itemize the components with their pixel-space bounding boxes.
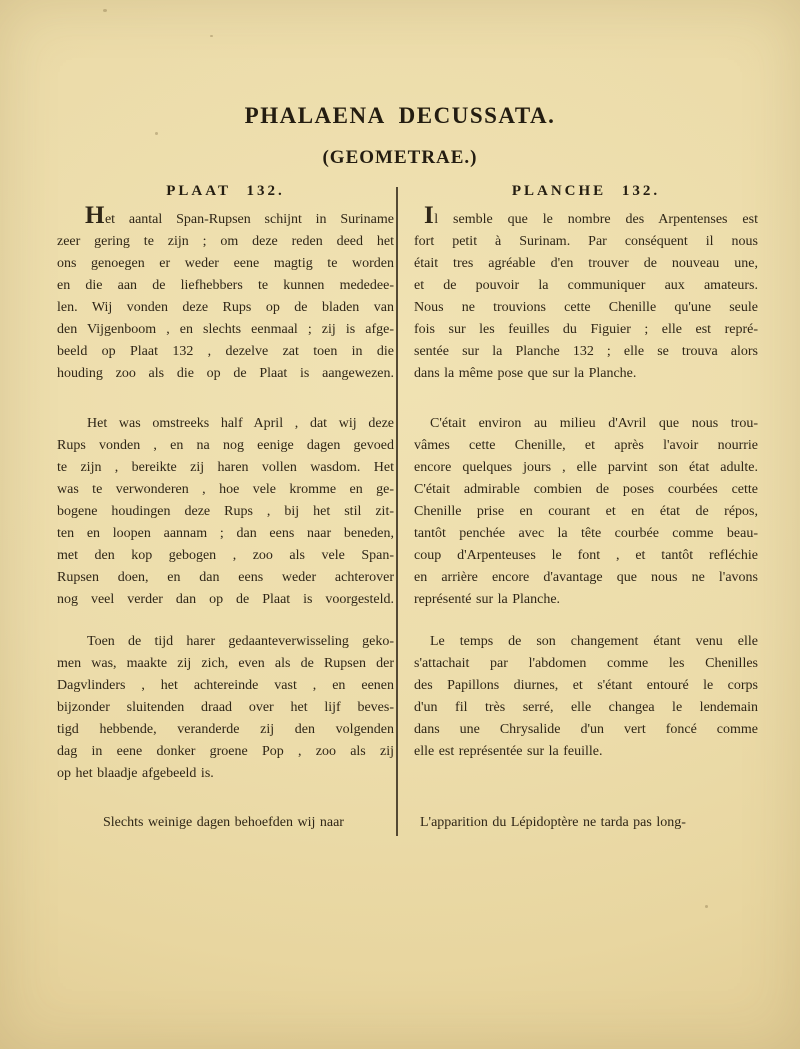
paragraph-french-3: Le temps de son changement étant venu el…	[414, 631, 758, 763]
paragraph-french-2: C'était environ au milieu d'Avril que no…	[414, 413, 758, 611]
text-line: nog veel verder dan op de Plaat is voorg…	[57, 589, 394, 611]
text-line: s'attachait par l'abdomen comme les Chen…	[414, 653, 758, 675]
text-line: coup d'Arpenteuses le font , et tantôt r…	[414, 545, 758, 567]
paragraph-dutch-1: Het aantal Span-Rupsen schijnt in Surina…	[57, 209, 394, 385]
text-line: tantôt penchée avec la tête courbée comm…	[414, 523, 758, 545]
drop-cap-letter: H	[85, 202, 105, 229]
text-line: sentée sur la Planche 132 ; elle se trou…	[414, 341, 758, 363]
text-line: bogene houdingen deze Rups , bij het sti…	[57, 501, 394, 523]
paper-speck	[103, 9, 107, 12]
text-line: men was, maakte zij zich, even als de Ru…	[57, 653, 394, 675]
text-line: et de pouvoir la communiquer aux amateur…	[414, 275, 758, 297]
text-line: Het aantal Span-Rupsen schijnt in Surina…	[57, 209, 394, 231]
text-line: op het blaadje afgebeeld is.	[57, 763, 394, 785]
text-line: len. Wij vonden deze Rups op de bladen v…	[57, 297, 394, 319]
text-line: des Papillons diurnes, et s'étant entour…	[414, 675, 758, 697]
drop-cap-letter: I	[424, 202, 434, 229]
page-title: PHALAENA DECUSSATA.	[0, 103, 800, 129]
book-page: PHALAENA DECUSSATA. (GEOMETRAE.) PLAAT 1…	[0, 0, 800, 1049]
text-line: fort petit à Surinam. Par conséquent il …	[414, 231, 758, 253]
left-column-header: PLAAT 132.	[57, 183, 394, 200]
text-line: Rups vonden , en na nog eenige dagen gev…	[57, 435, 394, 457]
paragraph-french-4: L'apparition du Lépidoptère ne tarda pas…	[414, 812, 758, 834]
text-line: met den kop gebogen , zoo als vele Span-	[57, 545, 394, 567]
text-line: ten en loopen aannam ; dan eens naar ben…	[57, 523, 394, 545]
text-line: bijzonder sluitenden draad over het lijf…	[57, 697, 394, 719]
paragraph-french-1: Il semble que le nombre des Arpentenses …	[414, 209, 758, 385]
paragraph-dutch-4: Slechts weinige dagen behoefden wij naar	[57, 812, 394, 834]
page-subtitle: (GEOMETRAE.)	[0, 147, 800, 169]
text-line: Rupsen doen, en dan eens weder achterove…	[57, 567, 394, 589]
text-line: Het was omstreeks half April , dat wij d…	[57, 413, 394, 435]
text-line: dag in eene donker groene Pop , zoo als …	[57, 741, 394, 763]
text-line: en die aan de liefhebbers te kunnen mede…	[57, 275, 394, 297]
text-line: tigd hebbende, veranderde zij den volgen…	[57, 719, 394, 741]
text-line: Dagvlinders , het achtereinde vast , en …	[57, 675, 394, 697]
paper-speck	[155, 132, 158, 135]
column-divider-rule	[396, 187, 398, 836]
text-line: Slechts weinige dagen behoefden wij naar	[57, 812, 394, 834]
text-line: en arrière encore d'avantage que nous ne…	[414, 567, 758, 589]
paper-speck	[210, 35, 213, 37]
paper-speck	[705, 905, 708, 908]
text-line: fois sur les feuilles du Figuier ; elle …	[414, 319, 758, 341]
right-column-header: PLANCHE 132.	[414, 183, 758, 200]
paragraph-dutch-2: Het was omstreeks half April , dat wij d…	[57, 413, 394, 611]
text-line: zeer gering te zijn ; om deze reden deed…	[57, 231, 394, 253]
text-line: was te verwonderen , hoe vele kromme en …	[57, 479, 394, 501]
text-line: L'apparition du Lépidoptère ne tarda pas…	[414, 812, 758, 834]
text-line: était tres agréable d'en trouver de nouv…	[414, 253, 758, 275]
text-line: den Vijgenboom , en slechts eenmaal ; zi…	[57, 319, 394, 341]
text-line: Nous ne trouvions cette Chenille qu'une …	[414, 297, 758, 319]
text-line: vâmes cette Chenille, et après l'avoir n…	[414, 435, 758, 457]
text-line: Il semble que le nombre des Arpentenses …	[414, 209, 758, 231]
text-line: houding zoo als die op de Plaat is aange…	[57, 363, 394, 385]
text-line: représenté sur la Planche.	[414, 589, 758, 611]
text-line: beeld op Plaat 132 , dezelve zat toen in…	[57, 341, 394, 363]
text-line: ons genoegen er weder eene magtig te wor…	[57, 253, 394, 275]
text-line: te zijn , bereikte zij haren vollen wasd…	[57, 457, 394, 479]
text-line: dans la même pose que sur la Planche.	[414, 363, 758, 385]
text-line: Toen de tijd harer gedaanteverwisseling …	[57, 631, 394, 653]
text-line: C'était admirable combien de poses courb…	[414, 479, 758, 501]
text-line: encore quelques jours , elle parvint son…	[414, 457, 758, 479]
text-line: d'un fil très serré, elle changea le len…	[414, 697, 758, 719]
text-line: dans une Chrysalide d'un vert foncé comm…	[414, 719, 758, 741]
text-line: elle est représentée sur la feuille.	[414, 741, 758, 763]
text-line: Le temps de son changement étant venu el…	[414, 631, 758, 653]
text-line: Chenille prise en courant et en état de …	[414, 501, 758, 523]
paragraph-dutch-3: Toen de tijd harer gedaanteverwisseling …	[57, 631, 394, 785]
text-line: C'était environ au milieu d'Avril que no…	[414, 413, 758, 435]
